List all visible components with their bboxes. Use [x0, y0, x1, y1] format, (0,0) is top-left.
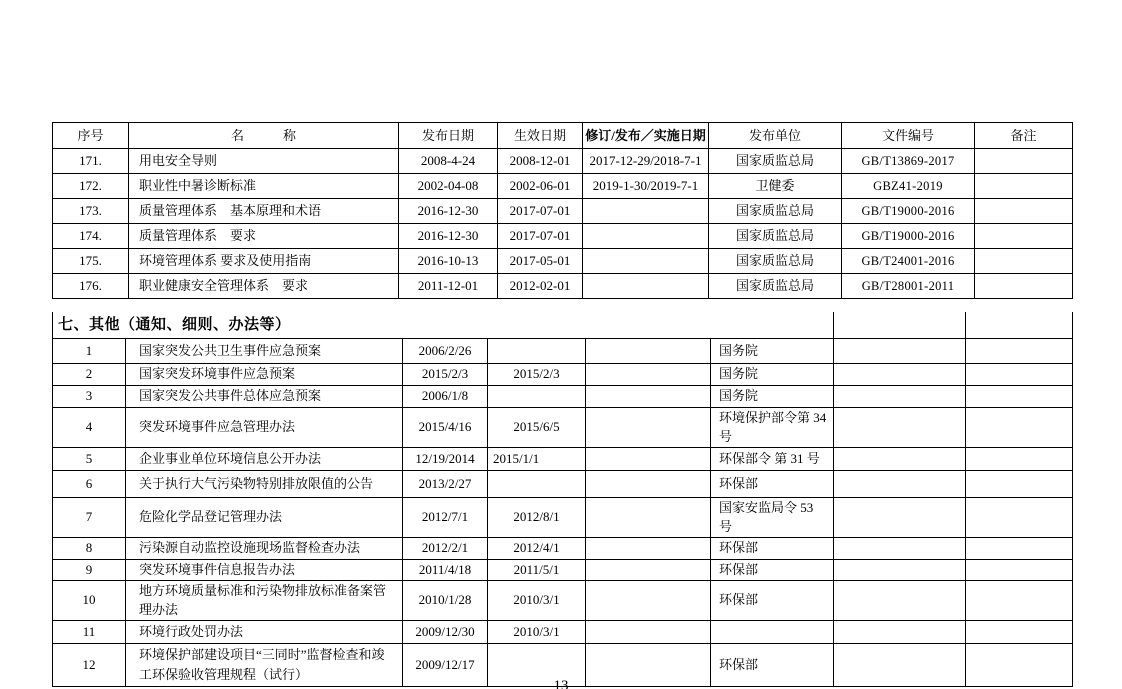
row-number-cell: 8: [53, 537, 126, 559]
regulation-name-cell: 用电安全导则: [129, 149, 399, 174]
table-row: 172. 职业性中暑诊断标准 2002-04-08 2002-06-01 201…: [53, 174, 1073, 199]
doc-number-cell: [834, 470, 966, 497]
regulation-name-cell: 职业健康安全管理体系 要求: [129, 274, 399, 299]
remark-cell: [966, 447, 1073, 470]
doc-number-cell: [834, 620, 966, 643]
col-header-name: 名 称: [129, 123, 399, 149]
publisher-cell: 环保部: [711, 580, 834, 620]
row-number-cell: 5: [53, 447, 126, 470]
regulation-name-cell: 国家突发公共事件总体应急预案: [126, 385, 403, 407]
publisher-cell: 国务院: [711, 385, 834, 407]
col-header-effective-date: 生效日期: [498, 123, 583, 149]
publisher-cell: 卫健委: [709, 174, 842, 199]
table-row: 173. 质量管理体系 基本原理和术语 2016-12-30 2017-07-0…: [53, 199, 1073, 224]
page-number: 13: [0, 678, 1122, 689]
publisher-cell: 环保部令 第 31 号: [711, 447, 834, 470]
revision-date-cell: [586, 407, 711, 447]
remark-cell: [975, 149, 1073, 174]
table-row: 7 危险化学品登记管理办法 2012/7/1 2012/8/1 国家安监局令 5…: [53, 497, 1073, 537]
remark-cell: [975, 199, 1073, 224]
publish-date-cell: 2016-12-30: [399, 224, 498, 249]
table-row: 9 突发环境事件信息报告办法 2011/4/18 2011/5/1 环保部: [53, 559, 1073, 580]
regulation-name-cell: 国家突发公共卫生事件应急预案: [126, 338, 403, 363]
publish-date-cell: 2009/12/30: [403, 620, 488, 643]
effective-date-cell: 2015/1/1: [488, 447, 586, 470]
regulation-name-cell: 突发环境事件应急管理办法: [126, 407, 403, 447]
row-number-cell: 173.: [53, 199, 129, 224]
revision-date-cell: [586, 580, 711, 620]
revision-date-cell: [583, 249, 709, 274]
remark-cell: [966, 470, 1073, 497]
revision-date-cell: [586, 497, 711, 537]
effective-date-cell: 2017-07-01: [498, 224, 583, 249]
remark-cell: [966, 580, 1073, 620]
remark-cell: [966, 338, 1073, 363]
row-number-cell: 6: [53, 470, 126, 497]
table-row: 175. 环境管理体系 要求及使用指南 2016-10-13 2017-05-0…: [53, 249, 1073, 274]
row-number-cell: 176.: [53, 274, 129, 299]
publisher-cell: 国家质监总局: [709, 249, 842, 274]
table-row: 3 国家突发公共事件总体应急预案 2006/1/8 国务院: [53, 385, 1073, 407]
publish-date-cell: 2016-10-13: [399, 249, 498, 274]
table-row: 171. 用电安全导则 2008-4-24 2008-12-01 2017-12…: [53, 149, 1073, 174]
publisher-cell: 国家安监局令 53 号: [711, 497, 834, 537]
other-regulations-table: 七、其他（通知、细则、办法等） 1 国家突发公共卫生事件应急预案 2006/2/…: [52, 312, 1073, 687]
standards-table-body: 171. 用电安全导则 2008-4-24 2008-12-01 2017-12…: [53, 149, 1073, 299]
publisher-cell: 国家质监总局: [709, 199, 842, 224]
revision-date-cell: [583, 199, 709, 224]
section-empty-cell: [834, 312, 966, 338]
col-header-publisher: 发布单位: [709, 123, 842, 149]
table-row: 5 企业事业单位环境信息公开办法 12/19/2014 2015/1/1 环保部…: [53, 447, 1073, 470]
effective-date-cell: 2017-07-01: [498, 199, 583, 224]
remark-cell: [966, 363, 1073, 385]
remark-cell: [975, 249, 1073, 274]
revision-date-cell: [586, 447, 711, 470]
effective-date-cell: [488, 338, 586, 363]
table-row: 11 环境行政处罚办法 2009/12/30 2010/3/1: [53, 620, 1073, 643]
revision-date-cell: [583, 274, 709, 299]
publish-date-cell: 2002-04-08: [399, 174, 498, 199]
table-row: 8 污染源自动监控设施现场监督检查办法 2012/2/1 2012/4/1 环保…: [53, 537, 1073, 559]
doc-number-cell: [834, 407, 966, 447]
doc-number-cell: GB/T28001-2011: [842, 274, 975, 299]
remark-cell: [966, 497, 1073, 537]
table-row: 1 国家突发公共卫生事件应急预案 2006/2/26 国务院: [53, 338, 1073, 363]
revision-date-cell: [586, 537, 711, 559]
table-row: 6 关于执行大气污染物特别排放限值的公告 2013/2/27 环保部: [53, 470, 1073, 497]
effective-date-cell: 2012-02-01: [498, 274, 583, 299]
effective-date-cell: 2011/5/1: [488, 559, 586, 580]
doc-number-cell: GB/T13869-2017: [842, 149, 975, 174]
document-page: 序号 名 称 发布日期 生效日期 修订/发布／实施日期 发布单位 文件编号 备注…: [0, 0, 1122, 689]
table-row: 4 突发环境事件应急管理办法 2015/4/16 2015/6/5 环境保护部令…: [53, 407, 1073, 447]
regulation-name-cell: 质量管理体系 要求: [129, 224, 399, 249]
revision-date-cell: [586, 559, 711, 580]
publish-date-cell: 2015/2/3: [403, 363, 488, 385]
doc-number-cell: [834, 447, 966, 470]
row-number-cell: 7: [53, 497, 126, 537]
effective-date-cell: [488, 385, 586, 407]
remark-cell: [966, 559, 1073, 580]
revision-date-cell: [586, 470, 711, 497]
publish-date-cell: 2016-12-30: [399, 199, 498, 224]
col-header-remark: 备注: [975, 123, 1073, 149]
regulation-name-cell: 环境管理体系 要求及使用指南: [129, 249, 399, 274]
publisher-cell: 国家质监总局: [709, 274, 842, 299]
publish-date-cell: 2011-12-01: [399, 274, 498, 299]
remark-cell: [966, 537, 1073, 559]
row-number-cell: 175.: [53, 249, 129, 274]
remark-cell: [975, 274, 1073, 299]
publish-date-cell: 2013/2/27: [403, 470, 488, 497]
publish-date-cell: 2011/4/18: [403, 559, 488, 580]
standards-table-header: 序号 名 称 发布日期 生效日期 修订/发布／实施日期 发布单位 文件编号 备注: [53, 123, 1073, 149]
effective-date-cell: 2015/6/5: [488, 407, 586, 447]
regulation-name-cell: 关于执行大气污染物特别排放限值的公告: [126, 470, 403, 497]
doc-number-cell: GBZ41-2019: [842, 174, 975, 199]
effective-date-cell: 2012/4/1: [488, 537, 586, 559]
row-number-cell: 11: [53, 620, 126, 643]
revision-date-cell: 2017-12-29/2018-7-1: [583, 149, 709, 174]
effective-date-cell: 2017-05-01: [498, 249, 583, 274]
publisher-cell: 环境保护部令第 34 号: [711, 407, 834, 447]
row-number-cell: 171.: [53, 149, 129, 174]
publish-date-cell: 2012/2/1: [403, 537, 488, 559]
row-number-cell: 10: [53, 580, 126, 620]
regulation-name-cell: 突发环境事件信息报告办法: [126, 559, 403, 580]
remark-cell: [975, 224, 1073, 249]
publish-date-cell: 2008-4-24: [399, 149, 498, 174]
doc-number-cell: [834, 363, 966, 385]
effective-date-cell: 2010/3/1: [488, 620, 586, 643]
col-header-doc-number: 文件编号: [842, 123, 975, 149]
publisher-cell: 环保部: [711, 470, 834, 497]
publish-date-cell: 2015/4/16: [403, 407, 488, 447]
publish-date-cell: 12/19/2014: [403, 447, 488, 470]
publish-date-cell: 2006/2/26: [403, 338, 488, 363]
table-row: 174. 质量管理体系 要求 2016-12-30 2017-07-01 国家质…: [53, 224, 1073, 249]
revision-date-cell: [586, 363, 711, 385]
doc-number-cell: [834, 559, 966, 580]
standards-table: 序号 名 称 发布日期 生效日期 修订/发布／实施日期 发布单位 文件编号 备注…: [52, 122, 1073, 299]
remark-cell: [966, 620, 1073, 643]
remark-cell: [966, 385, 1073, 407]
remark-cell: [966, 407, 1073, 447]
effective-date-cell: 2015/2/3: [488, 363, 586, 385]
publisher-cell: 国务院: [711, 363, 834, 385]
col-header-revision-date: 修订/发布／实施日期: [583, 123, 709, 149]
row-number-cell: 172.: [53, 174, 129, 199]
regulation-name-cell: 环境行政处罚办法: [126, 620, 403, 643]
regulation-name-cell: 企业事业单位环境信息公开办法: [126, 447, 403, 470]
publisher-cell: 国务院: [711, 338, 834, 363]
section-empty-cell: [966, 312, 1073, 338]
doc-number-cell: [834, 385, 966, 407]
effective-date-cell: 2012/8/1: [488, 497, 586, 537]
doc-number-cell: [834, 580, 966, 620]
regulation-name-cell: 危险化学品登记管理办法: [126, 497, 403, 537]
row-number-cell: 3: [53, 385, 126, 407]
regulation-name-cell: 质量管理体系 基本原理和术语: [129, 199, 399, 224]
doc-number-cell: GB/T24001-2016: [842, 249, 975, 274]
effective-date-cell: 2008-12-01: [498, 149, 583, 174]
doc-number-cell: [834, 497, 966, 537]
table-row: 2 国家突发环境事件应急预案 2015/2/3 2015/2/3 国务院: [53, 363, 1073, 385]
publisher-cell: 环保部: [711, 559, 834, 580]
row-number-cell: 1: [53, 338, 126, 363]
section-title: 七、其他（通知、细则、办法等）: [53, 312, 834, 338]
table-row: 10 地方环境质量标准和污染物排放标准备案管理办法 2010/1/28 2010…: [53, 580, 1073, 620]
publisher-cell: [711, 620, 834, 643]
col-header-no: 序号: [53, 123, 129, 149]
remark-cell: [975, 174, 1073, 199]
regulation-name-cell: 职业性中暑诊断标准: [129, 174, 399, 199]
regulation-name-cell: 污染源自动监控设施现场监督检查办法: [126, 537, 403, 559]
doc-number-cell: GB/T19000-2016: [842, 199, 975, 224]
section-header-row: 七、其他（通知、细则、办法等）: [53, 312, 1073, 338]
row-number-cell: 174.: [53, 224, 129, 249]
revision-date-cell: [586, 385, 711, 407]
doc-number-cell: GB/T19000-2016: [842, 224, 975, 249]
publisher-cell: 国家质监总局: [709, 224, 842, 249]
effective-date-cell: 2010/3/1: [488, 580, 586, 620]
regulation-name-cell: 地方环境质量标准和污染物排放标准备案管理办法: [126, 580, 403, 620]
row-number-cell: 9: [53, 559, 126, 580]
doc-number-cell: [834, 537, 966, 559]
col-header-publish-date: 发布日期: [399, 123, 498, 149]
publish-date-cell: 2010/1/28: [403, 580, 488, 620]
effective-date-cell: [488, 470, 586, 497]
table-row: 176. 职业健康安全管理体系 要求 2011-12-01 2012-02-01…: [53, 274, 1073, 299]
publisher-cell: 环保部: [711, 537, 834, 559]
doc-number-cell: [834, 338, 966, 363]
row-number-cell: 4: [53, 407, 126, 447]
other-regulations-table-body: 1 国家突发公共卫生事件应急预案 2006/2/26 国务院 2 国家突发环境事…: [53, 338, 1073, 686]
header-row: 序号 名 称 发布日期 生效日期 修订/发布／实施日期 发布单位 文件编号 备注: [53, 123, 1073, 149]
row-number-cell: 2: [53, 363, 126, 385]
regulation-name-cell: 国家突发环境事件应急预案: [126, 363, 403, 385]
revision-date-cell: [586, 620, 711, 643]
publish-date-cell: 2012/7/1: [403, 497, 488, 537]
publisher-cell: 国家质监总局: [709, 149, 842, 174]
revision-date-cell: [586, 338, 711, 363]
section-header-body: 七、其他（通知、细则、办法等）: [53, 312, 1073, 338]
revision-date-cell: 2019-1-30/2019-7-1: [583, 174, 709, 199]
effective-date-cell: 2002-06-01: [498, 174, 583, 199]
publish-date-cell: 2006/1/8: [403, 385, 488, 407]
revision-date-cell: [583, 224, 709, 249]
